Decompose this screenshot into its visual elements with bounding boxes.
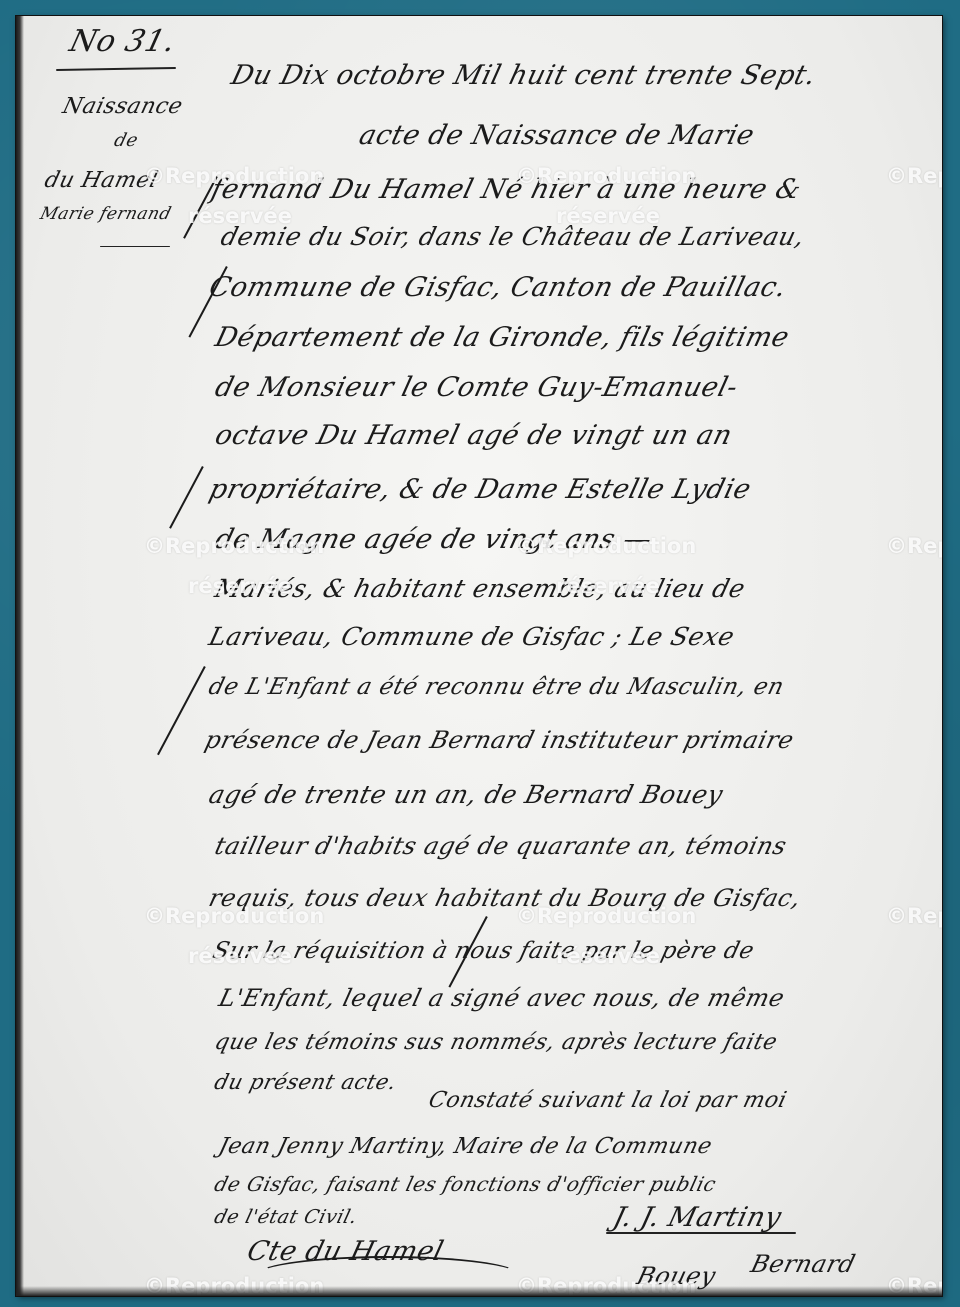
signature-witness-2: Bernard xyxy=(748,1250,858,1278)
record-number: No 31. xyxy=(66,24,179,59)
body-line-1: Du Dix octobre Mil huit cent trente Sept… xyxy=(228,60,819,91)
watermark-text: ©Reproduction xyxy=(886,1274,942,1296)
body-line-5: Commune de Gisfac, Canton de Pauillac. xyxy=(206,272,790,303)
pen-stroke xyxy=(157,666,206,755)
closing-line-4: de l'état Civil. xyxy=(212,1206,360,1228)
closing-line-2: Jean Jenny Martiny, Maire de la Commune xyxy=(216,1134,715,1159)
body-line-16: tailleur d'habits agé de quarante an, té… xyxy=(212,832,790,860)
mayor-underline xyxy=(606,1232,796,1234)
margin-note-line4: Marie fernand xyxy=(38,204,173,224)
body-line-10: de Magne agée de vingt ans — xyxy=(212,524,655,555)
body-line-18: Sur la réquisition à nous faite par le p… xyxy=(210,938,757,964)
closing-line-3: de Gisfac, faisant les fonctions d'offic… xyxy=(212,1172,719,1196)
body-line-15: agé de trente un an, de Bernard Bouey xyxy=(206,780,726,809)
body-line-9: propriétaire, & de Dame Estelle Lydie xyxy=(206,474,754,505)
closing-line-1: Constaté suivant la loi par moi xyxy=(426,1088,789,1113)
pen-stroke xyxy=(169,466,204,529)
watermark-text: ©Reproduction xyxy=(886,534,942,558)
body-line-2: acte de Naissance de Marie xyxy=(356,120,758,151)
watermark-text: ©Reproduction xyxy=(886,904,942,928)
pen-stroke xyxy=(183,176,218,239)
body-line-14: présence de Jean Bernard instituteur pri… xyxy=(202,726,797,754)
body-line-4: demie du Soir, dans le Château de Larive… xyxy=(218,222,808,251)
watermark-text: ©Reproduction xyxy=(886,164,942,188)
margin-note-line2: de xyxy=(112,130,140,151)
signature-witness-1: Bouey xyxy=(634,1262,719,1290)
body-line-20: que les témoins sus nommés, après lectur… xyxy=(212,1030,780,1055)
body-line-6: Département de la Gironde, fils légitime xyxy=(212,322,793,353)
body-line-3: fernand Du Hamel Né hier à une heure & xyxy=(208,174,804,205)
margin-note-line1: Naissance xyxy=(60,94,185,119)
margin-underline xyxy=(100,246,170,247)
signature-mayor: J. J. Martiny xyxy=(610,1202,785,1233)
body-line-21: du présent acte. xyxy=(212,1070,399,1094)
body-line-17: requis, tous deux habitant du Bourg de G… xyxy=(206,884,804,912)
number-underline xyxy=(56,67,176,71)
body-line-11: Mariés, & habitant ensemble, au lieu de xyxy=(212,574,748,603)
document-page: No 31. Naissance de du Hamel Marie ferna… xyxy=(16,16,942,1296)
body-line-13: de L'Enfant a été reconnu être du Mascul… xyxy=(206,674,787,700)
body-line-19: L'Enfant, lequel a signé avec nous, de m… xyxy=(216,984,788,1012)
body-line-8: octave Du Hamel agé de vingt un an xyxy=(212,420,736,451)
signature-flourish xyxy=(256,1256,520,1294)
body-line-12: Lariveau, Commune de Gisfac ; Le Sexe xyxy=(206,622,738,651)
margin-note-line3: du Hamel xyxy=(42,168,161,193)
body-line-7: de Monsieur le Comte Guy-Emanuel- xyxy=(212,372,741,403)
